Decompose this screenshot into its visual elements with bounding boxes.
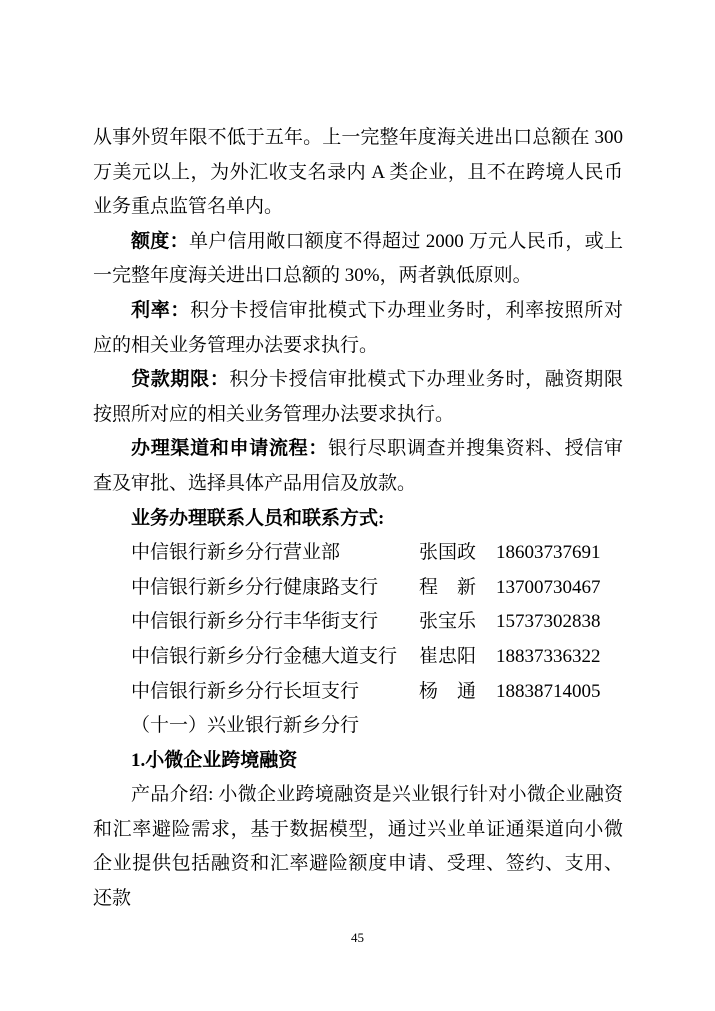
contact-branch: 中信银行新乡分行营业部 (131, 536, 419, 571)
contact-branch: 中信银行新乡分行健康路支行 (131, 571, 419, 606)
application-label: 办理渠道和申请流程： (131, 438, 328, 459)
contact-branch: 中信银行新乡分行金穗大道支行 (131, 640, 419, 675)
contact-phone: 15737302838 (496, 605, 623, 640)
contact-phone: 13700730467 (496, 571, 623, 606)
paragraph-loan-term: 贷款期限：积分卡授信审批模式下办理业务时，融资期限按照所对应的相关业务管理办法要… (93, 363, 623, 432)
contact-row: 中信银行新乡分行金穗大道支行 崔忠阳 18837336322 (131, 640, 623, 675)
page-content: 从事外贸年限不低于五年。上一完整年度海关进出口总额在 300 万美元以上，为外汇… (93, 121, 623, 917)
contact-row: 中信银行新乡分行健康路支行 程 新 13700730467 (131, 571, 623, 606)
contact-row: 中信银行新乡分行长垣支行 杨 通 18838714005 (131, 675, 623, 710)
contact-phone: 18603737691 (496, 536, 623, 571)
page-number: 45 (0, 930, 715, 946)
quota-label: 额度： (131, 231, 189, 252)
loan-term-label: 贷款期限： (131, 369, 230, 390)
paragraph-eligibility: 从事外贸年限不低于五年。上一完整年度海关进出口总额在 300 万美元以上，为外汇… (93, 121, 623, 225)
contact-person: 程 新 (419, 571, 496, 606)
paragraph-application: 办理渠道和申请流程：银行尽职调查并搜集资料、授信审查及审批、选择具体产品用信及放… (93, 432, 623, 501)
rate-label: 利率： (131, 300, 190, 321)
contact-person: 崔忠阳 (419, 640, 496, 675)
product-heading: 1.小微企业跨境融资 (93, 744, 623, 779)
contact-person: 杨 通 (419, 675, 496, 710)
contact-phone: 18837336322 (496, 640, 623, 675)
paragraph-eligibility-text: 从事外贸年限不低于五年。上一完整年度海关进出口总额在 300 万美元以上，为外汇… (93, 127, 623, 217)
contact-person: 张国政 (419, 536, 496, 571)
paragraph-quota: 额度：单户信用敞口额度不得超过 2000 万元人民币，或上一完整年度海关进出口总… (93, 225, 623, 294)
contact-person: 张宝乐 (419, 605, 496, 640)
paragraph-rate: 利率：积分卡授信审批模式下办理业务时，利率按照所对应的相关业务管理办法要求执行。 (93, 294, 623, 363)
document-page: 从事外贸年限不低于五年。上一完整年度海关进出口总额在 300 万美元以上，为外汇… (0, 0, 715, 1011)
contacts-heading: 业务办理联系人员和联系方式: (93, 502, 623, 537)
contact-row: 中信银行新乡分行营业部 张国政 18603737691 (131, 536, 623, 571)
contact-row: 中信银行新乡分行丰华街支行 张宝乐 15737302838 (131, 605, 623, 640)
paragraph-product-intro: 产品介绍: 小微企业跨境融资是兴业银行针对小微企业融资和汇率避险需求，基于数据模… (93, 778, 623, 916)
contact-branch: 中信银行新乡分行长垣支行 (131, 675, 419, 710)
contact-branch: 中信银行新乡分行丰华街支行 (131, 605, 419, 640)
section-heading: （十一）兴业银行新乡分行 (93, 709, 623, 744)
contact-phone: 18838714005 (496, 675, 623, 710)
